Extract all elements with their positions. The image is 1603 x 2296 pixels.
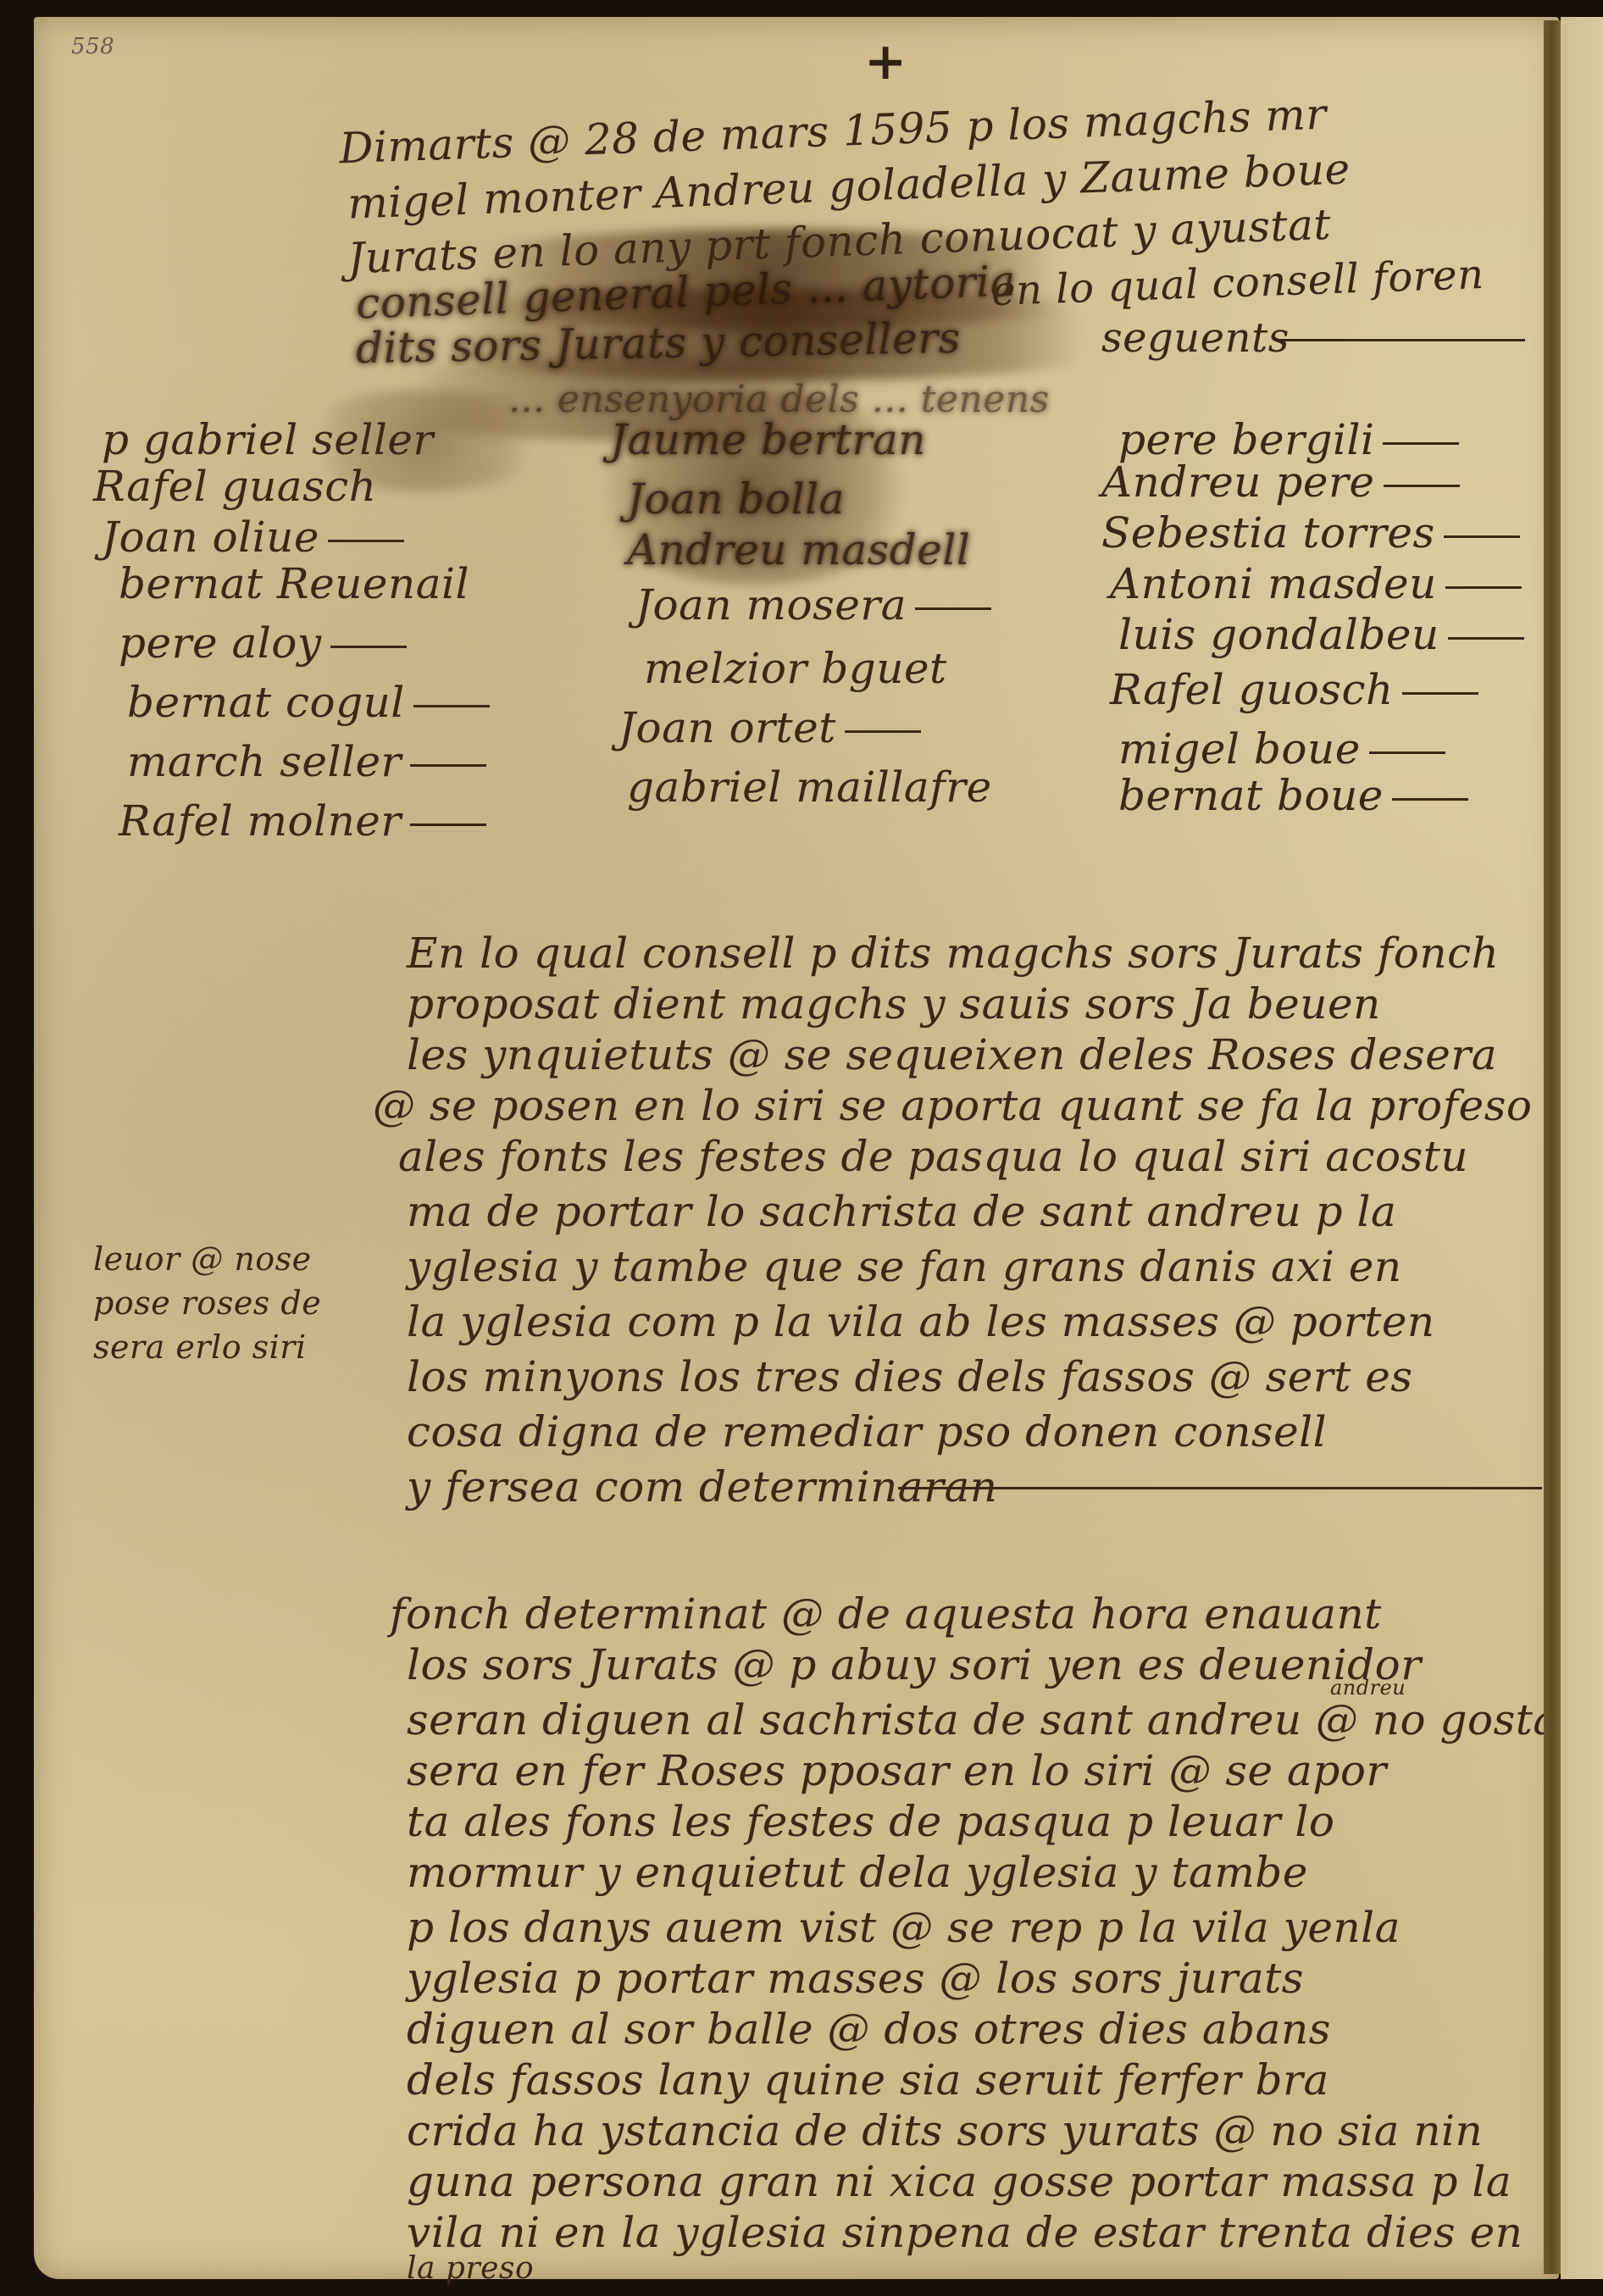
determination-line: sera en fer Roses pposar en lo siri @ se… <box>407 1750 1387 1792</box>
margin-note-line: pose roses de <box>93 1281 321 1325</box>
attendee-name: Andreu masdell <box>627 525 970 574</box>
attendee-name: Sebestia torres <box>1101 508 1520 557</box>
proposal-line: la yglesia com p la vila ab les masses @… <box>407 1301 1435 1343</box>
attendee-name: p gabriel seller <box>102 415 434 464</box>
margin-note-line: leuor @ nose <box>93 1237 312 1281</box>
attendee-name: Joan mosera <box>635 580 991 629</box>
determination-line: p los danys auem vist @ se rep p la vila… <box>407 1906 1401 1949</box>
binding-gutter <box>1544 20 1561 2274</box>
attendee-name: Andreu pere <box>1101 458 1460 507</box>
proposal-line: @ se posen en lo siri se aporta quant se… <box>373 1084 1532 1127</box>
attendee-name: gabriel maillafre <box>627 763 992 812</box>
struck-line: ... ensenyoria dels ... tenens <box>508 381 1050 419</box>
determination-line: ta ales fons les festes de pasqua p leua… <box>407 1800 1335 1843</box>
attendee-name: melzior bguet <box>644 644 947 693</box>
header-cross-mark: + <box>864 32 907 92</box>
determination-line: dels fassos lany quine sia seruit ferfer… <box>407 2059 1329 2101</box>
folio-number: 558 <box>71 34 114 59</box>
attendee-name: bernat cogul <box>127 678 490 727</box>
line-filler-rule <box>898 1487 1542 1489</box>
determination-line: vila ni en la yglesia sinpena de estar t… <box>407 2211 1523 2254</box>
proposal-line: los minyons los tres dies dels fassos @ … <box>407 1356 1413 1398</box>
determination-line: crida ha ystancia de dits sors yurats @ … <box>407 2110 1483 2152</box>
determination-line: seran diguen al sachrista de sant andreu… <box>407 1699 1559 1741</box>
proposal-line: les ynquietuts @ se sequeixen deles Rose… <box>407 1034 1497 1076</box>
attendee-name: bernat boue <box>1118 771 1468 820</box>
attendee-name: Joan ortet <box>618 703 921 752</box>
struck-line: dits sors Jurats y consellers <box>356 317 962 369</box>
manuscript-viewer: 558 + Dimarts @ 28 de mars 1595 p los ma… <box>0 0 1603 2296</box>
proposal-line: ales fonts les festes de pasqua lo qual … <box>398 1135 1468 1178</box>
determination-line: la preso <box>407 2254 534 2284</box>
determination-line: fonch determinat @ de aquesta hora enaua… <box>390 1593 1382 1635</box>
attendee-name: Joan oliue <box>102 513 404 562</box>
attendee-name: Antoni masdeu <box>1110 559 1522 608</box>
manuscript-leaf: 558 + Dimarts @ 28 de mars 1595 p los ma… <box>34 17 1559 2279</box>
proposal-line: cosa digna de remediar pso donen consell <box>407 1411 1327 1453</box>
attendee-name: Rafel molner <box>119 796 486 846</box>
attendee-name: Joan bolla <box>627 474 845 524</box>
determination-line: los sors Jurats @ p abuy sori yen es deu… <box>407 1644 1422 1686</box>
determination-line: mormur y enquietut dela yglesia y tambe <box>407 1851 1308 1894</box>
proposal-line: ma de portar lo sachrista de sant andreu… <box>407 1190 1396 1233</box>
margin-note-line: sera erlo siri <box>93 1325 307 1369</box>
attendee-name: bernat Reuenail <box>119 559 469 608</box>
facing-page-edge <box>1561 17 1603 2279</box>
attendee-name: march seller <box>127 737 486 786</box>
attendee-name: Rafel guosch <box>1110 665 1478 714</box>
proposal-line: proposat dient magchs y sauis sors Ja be… <box>407 983 1381 1025</box>
attendee-name: migel boue <box>1118 724 1445 774</box>
proposal-line: En lo qual consell p dits magchs sors Ju… <box>407 932 1499 974</box>
determination-line: diguen al sor balle @ dos otres dies aba… <box>407 2008 1331 2050</box>
proposal-line: yglesia y tambe que se fan grans danis a… <box>407 1245 1402 1288</box>
attendee-name: Rafel guasch <box>93 462 376 511</box>
heading-line-end: seguents <box>1101 318 1290 358</box>
line-filler-rule <box>1279 339 1525 341</box>
attendee-name: pere aloy <box>119 618 407 668</box>
attendee-name: luis gondalbeu <box>1118 610 1524 659</box>
determination-line: guna persona gran ni xica gosse portar m… <box>407 2160 1511 2203</box>
attendee-name: Jaume bertran <box>610 415 926 464</box>
determination-line: yglesia p portar masses @ los sors jurat… <box>407 1957 1304 1999</box>
